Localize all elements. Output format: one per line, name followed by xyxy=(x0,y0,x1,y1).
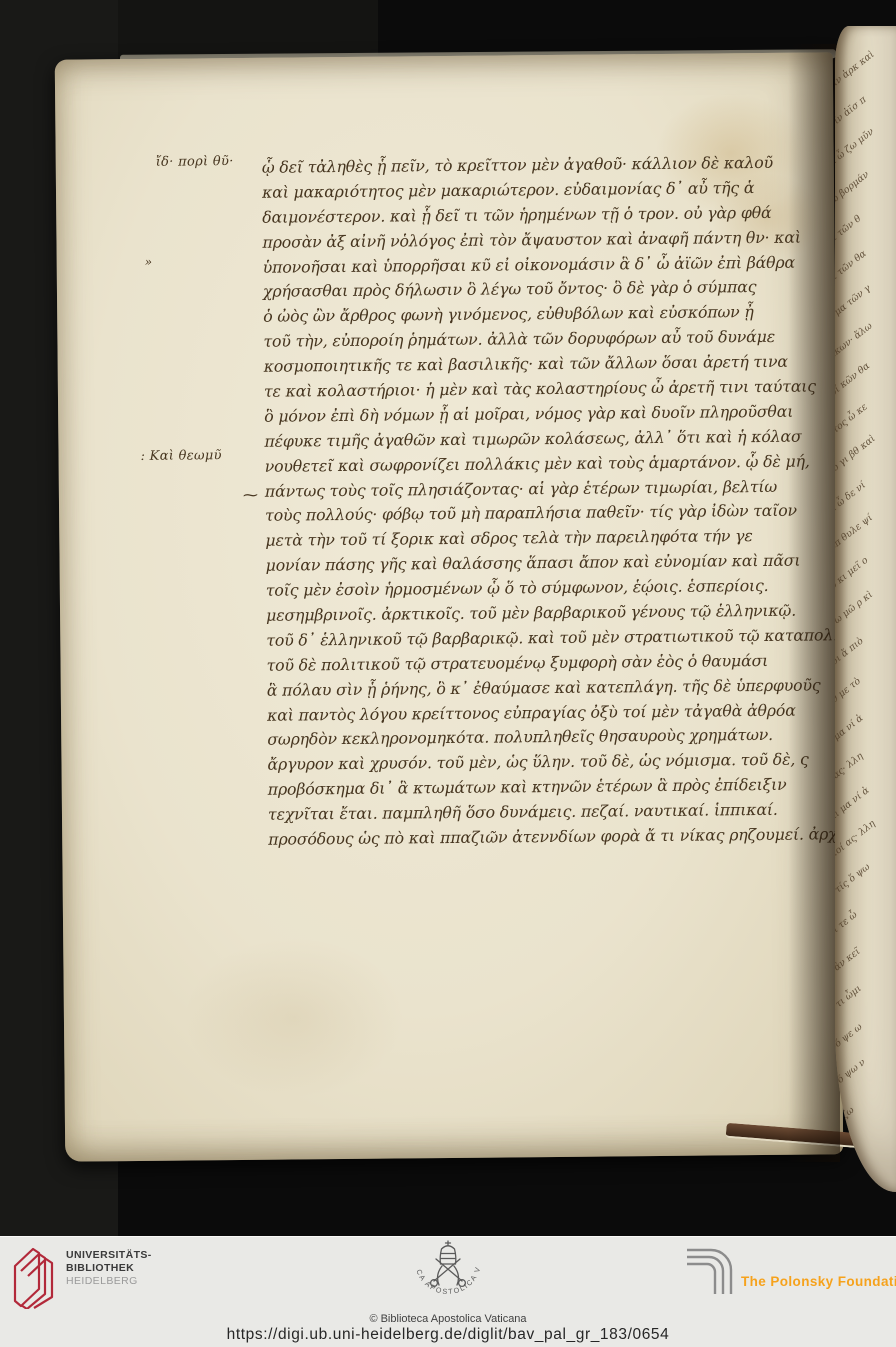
footer-bar: UNIVERSITÄTS- BIBLIOTHEK HEIDELBERG xyxy=(0,1236,896,1347)
ub-line1: UNIVERSITÄTS- xyxy=(66,1249,152,1262)
manuscript-scan-viewer: ἴδ· πορὶ θῦ· » : Καὶ θεωμῦ ⁓ ᾧ δεῖ τἀληθ… xyxy=(0,0,896,1347)
vatican-seal-icon: BIBLIOTECA APOSTOLICA VATICANA xyxy=(405,1239,491,1315)
manuscript-page: ἴδ· πορὶ θῦ· » : Καὶ θεωμῦ ⁓ ᾧ δεῖ τἀληθ… xyxy=(55,52,844,1161)
manuscript-line: προσόδους ὡς πὸ καὶ ππαζιῶν ἀτεννδίων φο… xyxy=(268,824,843,854)
copyright-line: © Biblioteca Apostolica Vaticana xyxy=(0,1313,896,1325)
margin-tilde-mark: ⁓ xyxy=(243,486,258,504)
margin-note-top: ἴδ· πορὶ θῦ· xyxy=(156,154,234,170)
ub-line3: HEIDELBERG xyxy=(66,1275,152,1288)
manuscript-text-block: ᾧ δεῖ τἀληθὲς ᾗ πεῖν, τὸ κρεῖττον μὲν ἀγ… xyxy=(262,152,844,854)
facing-page-text: ς ἴπ πυρὸ ἀϊν ἁρκ καὶᾧ ερ ουσαὶ ϊν ἀϊσ π… xyxy=(835,112,896,1190)
vatican-seal: BIBLIOTECA APOSTOLICA VATICANA xyxy=(405,1239,491,1315)
source-url: https://digi.ub.uni-heidelberg.de/diglit… xyxy=(0,1326,896,1344)
margin-note-side: : Καὶ θεωμῦ xyxy=(140,448,221,464)
ub-heidelberg-book-icon xyxy=(12,1245,58,1309)
polonsky-foundation-label: The Polonsky Foundation xyxy=(741,1274,896,1289)
facing-page-fore-edge: ς ἴπ πυρὸ ἀϊν ἁρκ καὶᾧ ερ ουσαὶ ϊν ἀϊσ π… xyxy=(835,26,896,1192)
ub-heidelberg-wordmark: UNIVERSITÄTS- BIBLIOTHEK HEIDELBERG xyxy=(66,1249,152,1288)
polonsky-arcs-icon xyxy=(685,1247,737,1295)
ub-heidelberg-logo: UNIVERSITÄTS- BIBLIOTHEK HEIDELBERG xyxy=(12,1245,152,1309)
margin-quote-mark: » xyxy=(145,255,152,269)
parchment-stain xyxy=(183,936,405,1098)
ub-line2: BIBLIOTHEK xyxy=(66,1262,152,1275)
polonsky-foundation-logo: The Polonsky Foundation xyxy=(685,1247,896,1295)
